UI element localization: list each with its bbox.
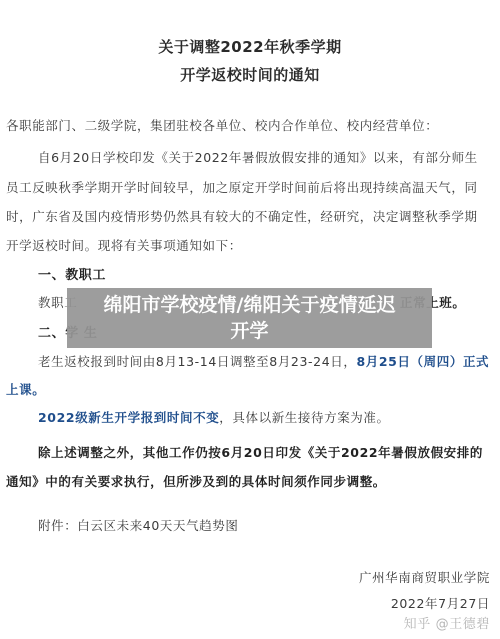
returning-students-line: 老生返校报到时间由8月13-14日调整至8月23-24日，8月25日（周四）正式 xyxy=(38,352,500,370)
closing-line-2: 通知》中的有关要求执行，但所涉及到的具体时间须作同步调整。 xyxy=(6,472,496,490)
section1-heading: 一、教职工 xyxy=(38,264,500,283)
document-title-line2: 开学返校时间的通知 xyxy=(0,64,500,85)
freshmen-text: ，具体以新生接待方案为准。 xyxy=(219,410,389,425)
attachment: 附件：白云区未来40天天气趋势图 xyxy=(38,516,500,534)
intro-line-3: 时，广东省及国内疫情形势仍然具有较大的不确定性，经研究，决定调整秋季学期 xyxy=(6,207,496,225)
returning-students-highlight-cont: 上课。 xyxy=(6,380,496,398)
closing-line-1: 除上述调整之外，其他工作仍按6月20日印发《关于2022年暑假放假安排的 xyxy=(38,443,500,461)
overlay-line-1: 绵阳市学校疫情/绵阳关于疫情延迟 xyxy=(67,292,432,318)
intro-line-4: 开学返校时间。现将有关事项通知如下： xyxy=(6,236,496,254)
intro-line-1: 自6月20日学校印发《关于2022年暑假放假安排的通知》以来，有部分师生 xyxy=(38,148,500,166)
zhihu-watermark: 知乎 @王德碧 xyxy=(404,613,490,632)
freshmen-line: 2022级新生开学报到时间不变，具体以新生接待方案为准。 xyxy=(38,408,500,426)
intro-line-2: 员工反映秋季学期开学时间较早，加之原定开学时间前后将出现持续高温天气，同 xyxy=(6,178,496,196)
overlay-line-2: 开学 xyxy=(67,318,432,344)
returning-students-highlight: 8月25日（周四）正式 xyxy=(356,354,489,369)
signature-org: 广州华南商贸职业学院 xyxy=(359,568,490,586)
freshmen-highlight: 2022级新生开学报到时间不变 xyxy=(38,410,219,425)
returning-students-text: 老生返校报到时间由8月13-14日调整至8月23-24日， xyxy=(38,354,356,369)
document-title-line1: 关于调整2022年秋季学期 xyxy=(0,36,500,57)
headline-overlay-banner: 绵阳市学校疫情/绵阳关于疫情延迟 开学 xyxy=(67,288,432,348)
signature-date: 2022年7月27日 xyxy=(391,594,490,612)
salutation: 各职能部门、二级学院，集团驻校各单位、校内合作单位、校内经营单位： xyxy=(6,116,496,134)
